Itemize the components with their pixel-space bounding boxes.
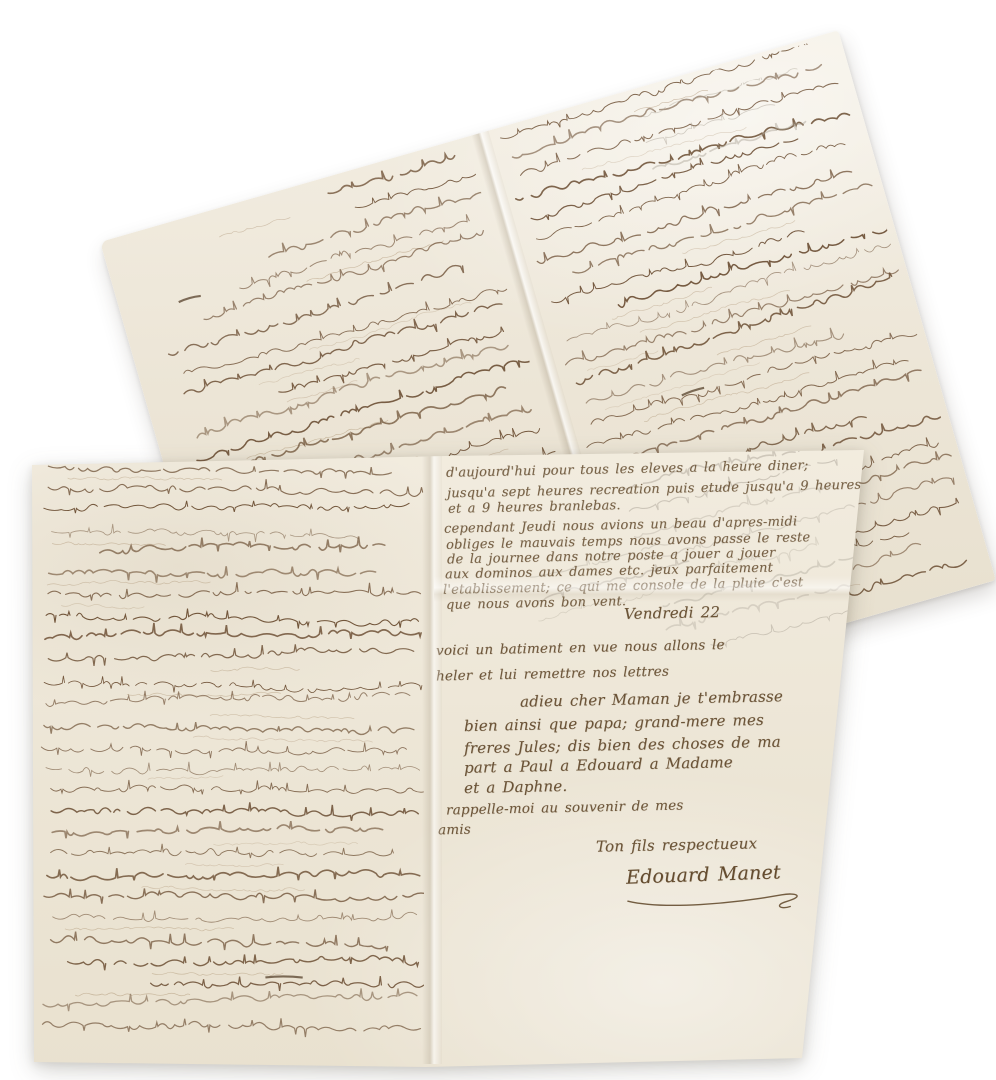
- letter-line: jusqu'a sept heures recreation puis etud…: [447, 478, 862, 502]
- manuscript-photo: d'aujourd'hui pour tous les eleves a la …: [0, 0, 996, 1080]
- bottom-letter-paper: d'aujourd'hui pour tous les eleves a la …: [26, 438, 872, 1078]
- signature: Edouard Manet: [626, 861, 782, 888]
- bottom-letter-sheet: d'aujourd'hui pour tous les eleves a la …: [26, 438, 872, 1078]
- signature-flourish: [624, 887, 815, 918]
- letter-line: voici un batiment en vue nous allons le: [436, 637, 725, 659]
- closing-line: bien ainsi que papa; grand-mere mes: [464, 711, 764, 735]
- closing-line: rappelle-moi au souvenir de mes: [446, 798, 684, 819]
- letter-line: d'aujourd'hui pour tous les eleves a la …: [446, 458, 809, 481]
- center-fold: [422, 452, 442, 1064]
- date-line: Vendredi 22: [624, 603, 720, 623]
- pencil-smudge: [633, 67, 818, 191]
- horizontal-crease: [434, 576, 866, 602]
- closing-line: part a Paul a Edouard a Madame: [464, 753, 733, 777]
- handwriting-block: [38, 460, 424, 1058]
- letter-line: heler et lui remettre nos lettres: [436, 664, 669, 685]
- closing-line: amis: [438, 822, 471, 839]
- closing-line: adieu cher Maman je t'embrasse: [520, 687, 783, 711]
- closing-line: freres Jules; dis bien des choses de ma: [464, 733, 781, 758]
- letter-line: et a 9 heures branlebas.: [448, 498, 621, 517]
- signoff-line: Ton fils respectueux: [596, 834, 758, 855]
- closing-line: et a Daphne.: [464, 777, 568, 797]
